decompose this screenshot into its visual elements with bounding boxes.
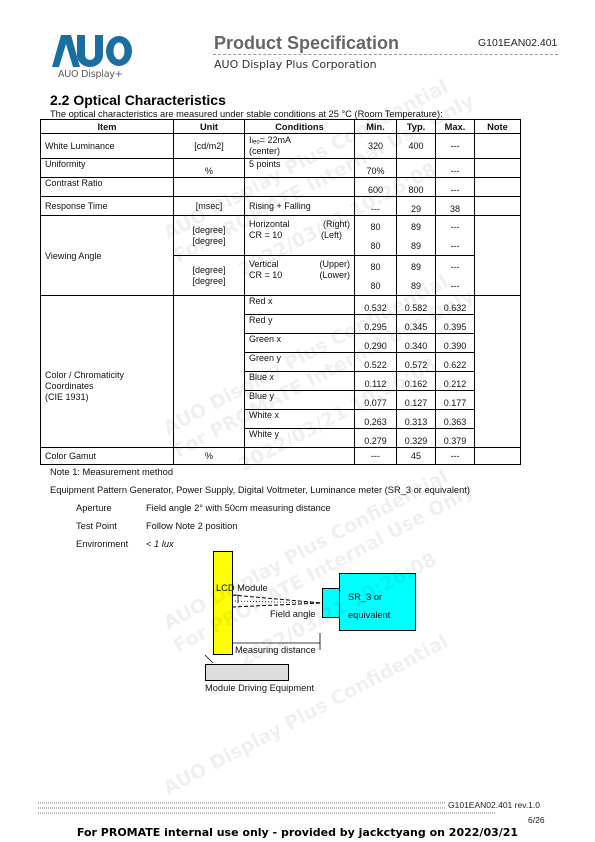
header-unit: Unit (174, 120, 245, 134)
note-label-environment: Environment (76, 539, 128, 549)
footer-usage-note: For PROMATE internal use only - provided… (0, 826, 595, 839)
unit-line: [degree] (178, 276, 240, 287)
max-cell: 0.379 (436, 429, 475, 448)
note-cell (475, 216, 521, 296)
max-cell: --- (436, 134, 475, 159)
footer-dots (38, 802, 496, 804)
typ-cell: 0.127 (397, 391, 436, 410)
footer-dots (38, 807, 496, 809)
document-id: G101EAN02.401 (478, 37, 557, 49)
max-cell: ------ (436, 216, 475, 256)
footer-doc-rev: G101EAN02.401 rev.1.0 (446, 800, 542, 810)
header-divider (213, 54, 558, 55)
item-cell: Contrast Ratio (41, 178, 174, 197)
min-cell: 8080 (355, 256, 397, 296)
max-cell: 0.622 (436, 353, 475, 372)
item-cell: Uniformity (41, 159, 174, 178)
unit-cell: % (174, 159, 245, 178)
note-value-test-point: Follow Note 2 position (146, 521, 237, 531)
note-cell (475, 197, 521, 216)
section-title: 2.2 Optical Characteristics (50, 92, 226, 108)
max-cell: --- (436, 448, 475, 465)
condition-direction: (Lower) (319, 270, 350, 281)
note-cell (475, 296, 521, 448)
module-driving-equipment-label: Module Driving Equipment (205, 683, 314, 693)
max-cell: 0.363 (436, 410, 475, 429)
typ-cell: 8989 (397, 216, 436, 256)
min-cell: --- (355, 448, 397, 465)
max-cell: 0.212 (436, 372, 475, 391)
typ-cell: 0.313 (397, 410, 436, 429)
item-line: (CIE 1931) (45, 392, 169, 403)
item-cell: Color / Chromaticity Coordinates (CIE 19… (41, 296, 174, 448)
item-cell: Viewing Angle (41, 216, 174, 296)
note-title: Note 1: Measurement method (50, 467, 173, 477)
max-cell: 38 (436, 197, 475, 216)
footer-page-number: 6/26 (528, 815, 545, 825)
item-line: Coordinates (45, 381, 169, 392)
unit-line: [degree] (178, 265, 240, 276)
item-cell: Response Time (41, 197, 174, 216)
note-value-aperture: Field angle 2° with 50cm measuring dista… (146, 503, 331, 513)
header-item: Item (41, 120, 174, 134)
note-label-aperture: Aperture (76, 503, 112, 513)
table-row: White Luminance [cd/m2] Iₗₑₒ= 22mA (cent… (41, 134, 521, 159)
item-line: Color / Chromaticity (45, 370, 169, 381)
min-cell: 8080 (355, 216, 397, 256)
note-cell (475, 178, 521, 197)
note-value-environment: < 1 lux (146, 539, 174, 549)
typ-cell: 45 (397, 448, 436, 465)
note-label-test-point: Test Point (76, 521, 117, 531)
logo-subtitle: AUO Display+ (58, 69, 123, 80)
item-cell: Color Gamut (41, 448, 174, 465)
note-cell (475, 159, 521, 178)
condition-cell: Red x (245, 296, 355, 315)
header-note: Note (475, 120, 521, 134)
max-cell: --- (436, 178, 475, 197)
condition-direction: (Upper) (319, 259, 350, 270)
item-cell: White Luminance (41, 134, 174, 159)
max-cell: 0.390 (436, 334, 475, 353)
document-title: Product Specification (214, 33, 399, 54)
note-cell (475, 448, 521, 465)
company-name: AUO Display Plus Corporation (214, 58, 377, 71)
auo-logo (52, 35, 134, 67)
max-cell: --- (436, 159, 475, 178)
typ-cell: 0.329 (397, 429, 436, 448)
footer-dots (38, 812, 496, 814)
note-cell (475, 134, 521, 159)
typ-cell: 29 (397, 197, 436, 216)
unit-cell: [cd/m2] (174, 134, 245, 159)
max-cell: 0.177 (436, 391, 475, 410)
min-cell: 0.279 (355, 429, 397, 448)
